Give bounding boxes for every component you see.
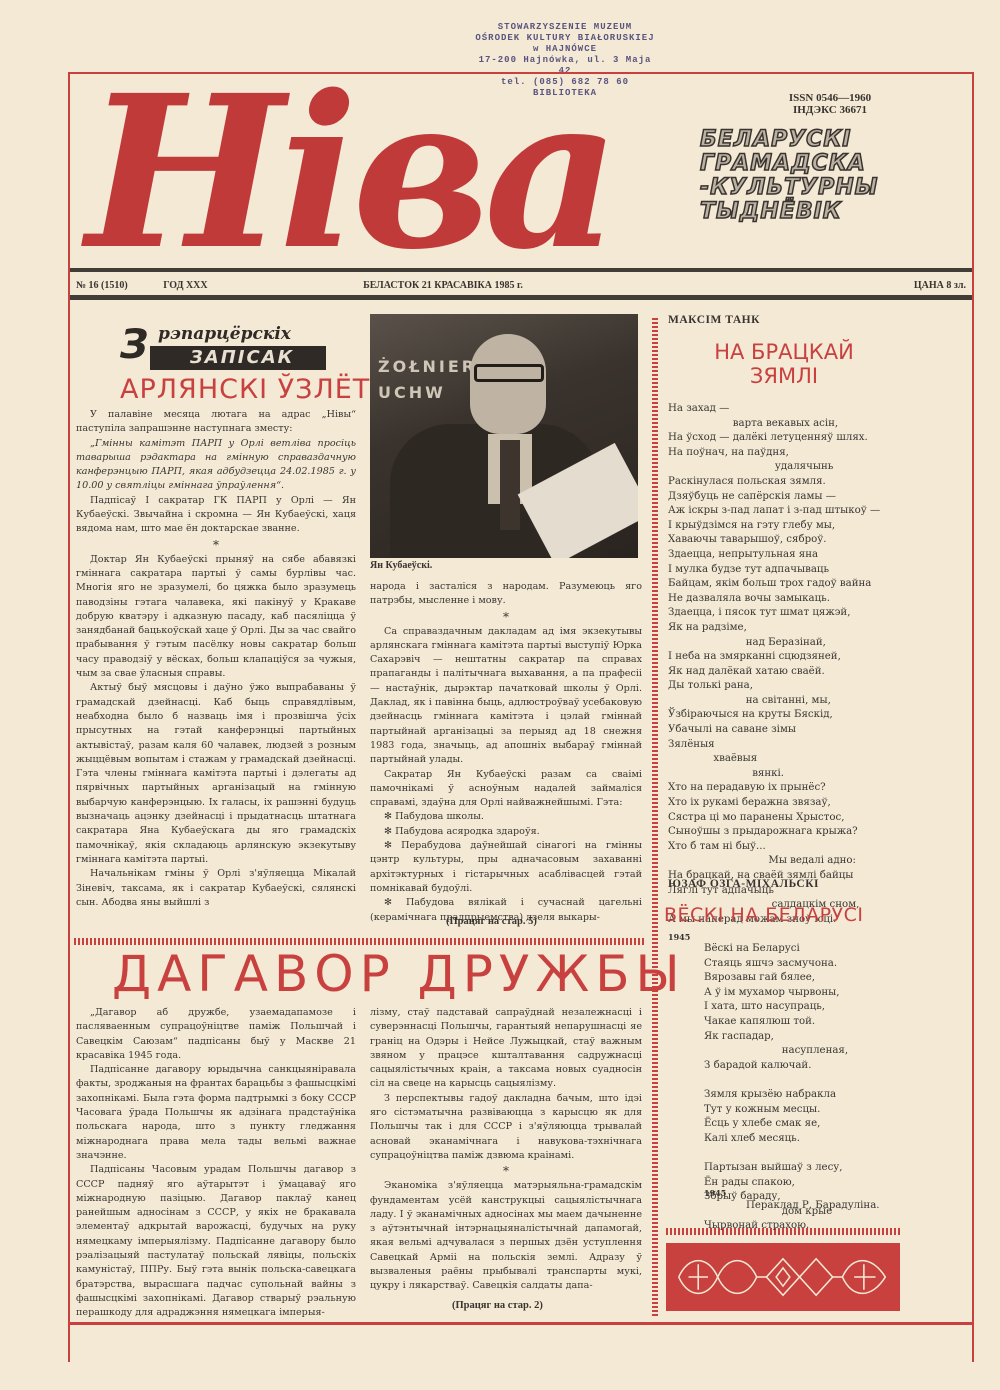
paragraph: „Дагавор аб дружбе, узаемадапамозе і пас…	[76, 1006, 356, 1063]
paragraph: народа і засталіся з народам. Разумеюць …	[370, 580, 642, 609]
article2-column-2: лізму, стаў падставай сапраўднай незалеж…	[370, 1006, 642, 1294]
poem-title-line: ЗЯМЛІ	[666, 364, 902, 388]
poem-title-line: НА БРАЦКАЙ	[666, 340, 902, 364]
year-label: ГОД XXX	[163, 280, 207, 291]
stamp-line: STOWARZYSZENIE MUZEUM	[470, 22, 660, 33]
article1-column-2: народа і засталіся з народам. Разумеюць …	[370, 580, 642, 925]
issn-number: ISSN 0546—1960	[760, 92, 900, 104]
paragraph: лізму, стаў падставай сапраўднай незалеж…	[370, 1006, 642, 1092]
paragraph: Актыў быў мясцовы і даўно ўжо выпрабаван…	[76, 681, 356, 867]
poem-title: ВЁСКІ НА БЕЛАРУСІ	[664, 904, 864, 926]
place-date: БЕЛАСТОК 21 КРАСАВІКА 1985 г.	[363, 280, 523, 291]
paragraph: Падпісанне дагавору юрыдычна санкцыяніра…	[76, 1063, 356, 1163]
paragraph: Сакратар Ян Кубаеўскі разам са сваімі па…	[370, 768, 642, 811]
photo-figure-tie	[500, 440, 520, 530]
paragraph: У палавіне месяца лютага на адрас „Нівы“…	[76, 408, 356, 437]
poem-author: МАКСІМ ТАНК	[668, 314, 760, 326]
section-separator: *	[370, 1163, 642, 1179]
article1-column-1: У палавіне месяца лютага на адрас „Нівы“…	[76, 408, 356, 910]
paragraph: Падпісаны Часовым урадам Польшчы дагавор…	[76, 1163, 356, 1320]
paragraph: З перспектывы гадоў дакладна бачым, што …	[370, 1092, 642, 1163]
poem-title: НА БРАЦКАЙ ЗЯМЛІ	[666, 340, 902, 388]
rubric-bottom: ЗАПІСАК	[150, 346, 326, 370]
newspaper-logo: Ніва	[86, 78, 646, 268]
list-item: ✻ Перабудова даўнейшай сінагогі на гмінн…	[370, 839, 642, 896]
dotted-divider	[74, 938, 646, 945]
continued-link[interactable]: (Працяг на стар. 5)	[446, 916, 537, 927]
dotted-column-divider	[652, 318, 658, 1318]
section-separator: *	[76, 537, 356, 553]
issue-info-bar: № 16 (1510) ГОД XXX БЕЛАСТОК 21 КРАСАВІК…	[70, 268, 972, 302]
issue-number: № 16 (1510)	[76, 280, 128, 291]
paragraph: Са справаздачным дакладам ад імя экзекут…	[370, 625, 642, 768]
paragraph: Эканоміка з'яўляецца матэрыяльна-грамадс…	[370, 1179, 642, 1293]
rubric-logo: З рэпарцёрскіх ЗАПІСАК	[120, 322, 330, 372]
poem1-year: 1945	[668, 930, 690, 945]
list-item: ✻ Пабудова школы.	[370, 810, 642, 824]
subtitle-line: БЕЛАРУСКІ	[700, 128, 910, 152]
rubric-top: рэпарцёрскіх	[158, 324, 291, 344]
photo-figure-glasses	[474, 364, 544, 382]
index-number: ІНДЭКС 36671	[760, 104, 900, 116]
rubric-letter: З	[120, 322, 148, 368]
photo-caption: Ян Кубаеўскі.	[370, 560, 432, 571]
divider	[70, 295, 972, 300]
paragraph: Доктар Ян Кубаеўскі прыняў на сябе абавя…	[76, 553, 356, 682]
list-item: ✻ Пабудова асяродка здароўя.	[370, 825, 642, 839]
translator-credit: Пераклад Р. Барадуліна.	[746, 1199, 880, 1214]
article2-column-1: „Дагавор аб дружбе, узаемадапамозе і пас…	[76, 1006, 356, 1321]
paragraph: Начальнікам гміны ў Орлі з'яўляецца Міка…	[76, 867, 356, 910]
paragraph: Падпісаў І сакратар ГК ПАРП у Орлі — Ян …	[76, 494, 356, 537]
paragraph-quote: „Гмінны камітэт ПАРП у Орлі ветліва прос…	[76, 437, 356, 494]
issn-block: ISSN 0546—1960 ІНДЭКС 36671	[760, 92, 900, 116]
folk-ornament-panel	[666, 1243, 900, 1311]
poem1-text: На захад — варта векавых асін, На ўсход …	[668, 402, 880, 927]
subtitle-line: ТЫДНЁВІК	[700, 200, 910, 224]
price: ЦАНА 8 зл.	[914, 280, 966, 291]
photo-figure-head	[470, 334, 546, 434]
page-frame-bottom	[68, 1322, 974, 1325]
section-separator: *	[370, 609, 642, 625]
ornament-pattern-icon	[669, 1246, 897, 1308]
subtitle-line: -КУЛЬТУРНЫ	[700, 176, 910, 200]
poem-author: ЮЗАФ ОЗГА-МІХАЛЬСКІ	[668, 878, 819, 890]
article-title: АРЛЯНСКІ ЎЗЛЁТ	[120, 374, 370, 405]
poem2-year: 1945	[704, 1186, 726, 1201]
subtitle-line: ГРАМАДСКА	[700, 152, 910, 176]
newspaper-subtitle: БЕЛАРУСКІ ГРАМАДСКА -КУЛЬТУРНЫ ТЫДНЁВІК	[700, 128, 910, 224]
photo-jan-kubajewski: ŻOŁNIER RTII UCHW	[370, 314, 638, 558]
continued-link[interactable]: (Працяг на стар. 2)	[452, 1300, 543, 1311]
stamp-line: OŚRODEK KULTURY BIAŁORUSKIEJ	[470, 33, 660, 44]
article2-title: ДАГАВОР ДРУЖБЫ	[112, 946, 686, 1002]
